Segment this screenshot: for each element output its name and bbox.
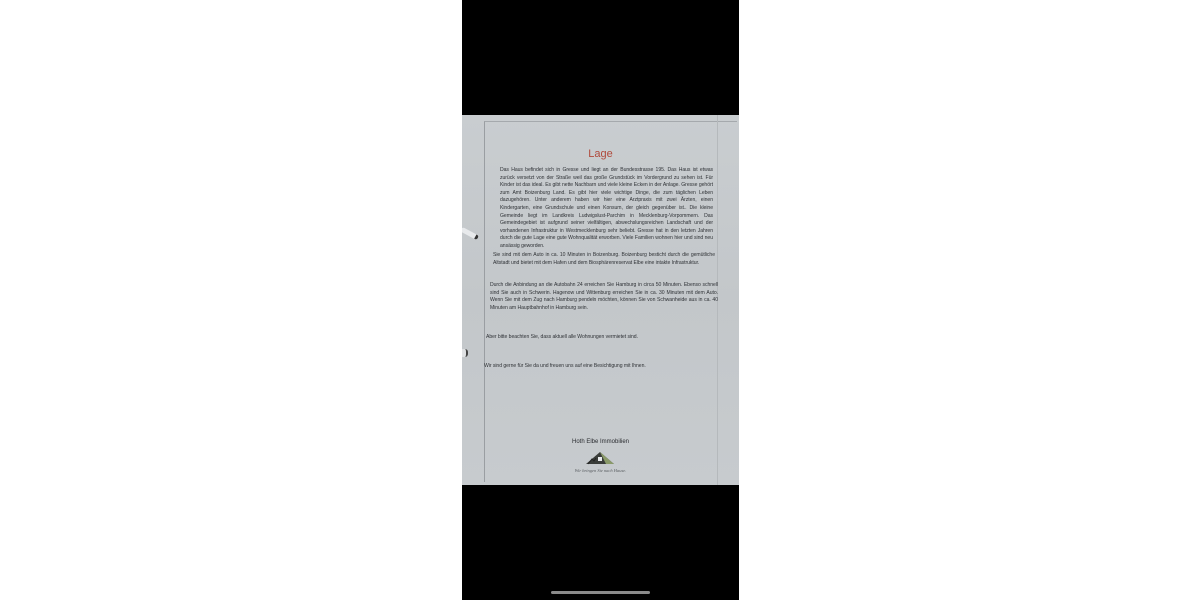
house-logo-icon bbox=[584, 449, 616, 465]
paragraph-location: Das Haus befindet sich in Gresse und lie… bbox=[500, 167, 713, 251]
phone-screen: Lage Das Haus befindet sich in Gresse un… bbox=[462, 0, 739, 600]
paragraph-boizenburg: Sie sind mit dem Auto in ca. 10 Minuten … bbox=[493, 252, 715, 267]
paragraph-transport: Durch die Anbindung an die Autobahn 24 e… bbox=[490, 282, 718, 312]
binder-ring-icon bbox=[462, 349, 468, 357]
document-title: Lage bbox=[462, 148, 739, 160]
document-photo[interactable]: Lage Das Haus befindet sich in Gresse un… bbox=[462, 115, 739, 485]
binder-ring-icon bbox=[462, 227, 479, 240]
paragraph-closing: Wir sind gerne für Sie da und freuen uns… bbox=[484, 363, 714, 371]
paragraph-note: Aber bitte beachten Sie, dass aktuell al… bbox=[486, 334, 706, 342]
home-indicator[interactable] bbox=[551, 591, 650, 594]
company-name: Hoth Elbe Immobilien bbox=[462, 439, 739, 445]
company-slogan: Wir bringen Sie nach Hause. bbox=[462, 468, 739, 473]
